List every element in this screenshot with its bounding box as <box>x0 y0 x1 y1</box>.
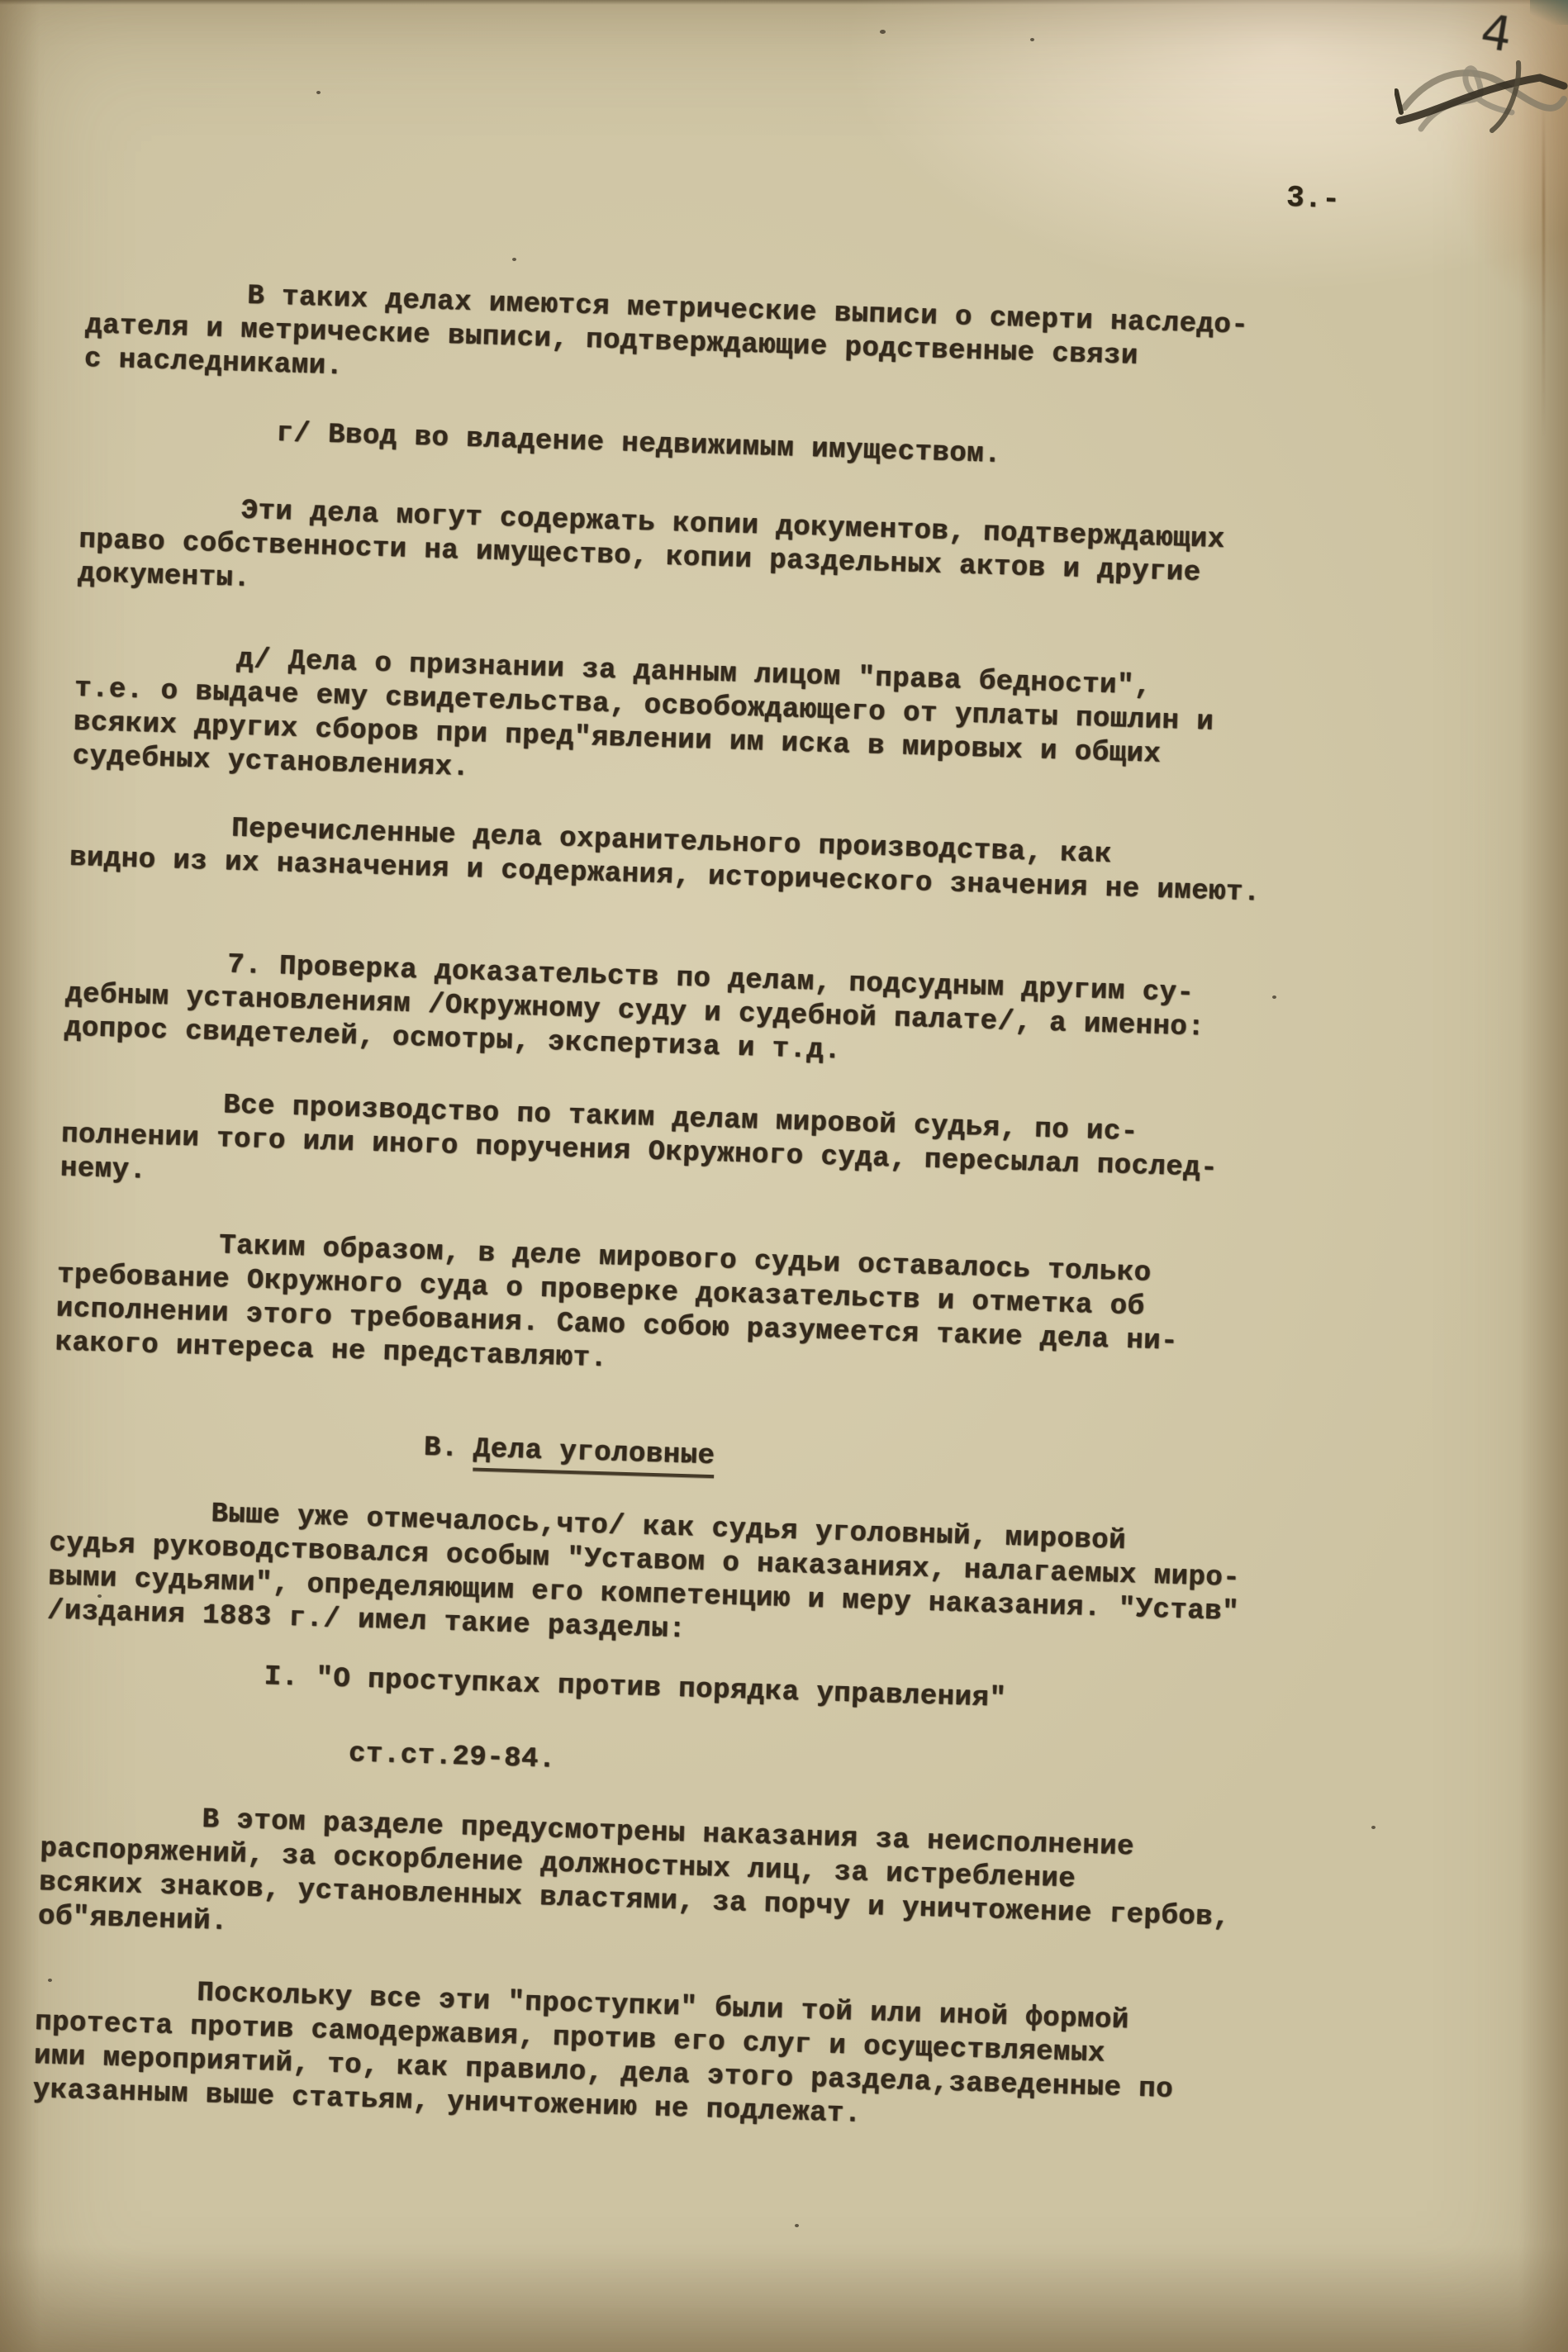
statute-reference: ст.ст.29-84. <box>43 1728 1398 1803</box>
paragraph-section-penalties: В этом разделе предусмотрены наказания з… <box>37 1798 1395 1974</box>
paper-speck <box>316 91 321 94</box>
paragraph-criminal-statute: Выше уже отмечалось,что/ как судья уголо… <box>46 1493 1404 1669</box>
numbered-section-title: I. "О проступках против порядка управлен… <box>45 1654 1399 1728</box>
page-number: 3.- <box>1285 181 1340 216</box>
list-item-g: г/ Ввод во владение недвижимым имущество… <box>82 411 1437 486</box>
paper-speck <box>512 258 516 261</box>
paper-speck <box>795 2224 799 2227</box>
typewritten-text: В таких делах имеются метрические выписи… <box>32 275 1441 2148</box>
paragraph-forwarded-to-court: Все производство по таким делам мировой … <box>59 1085 1417 1227</box>
paper-speck <box>880 30 886 34</box>
paragraph-no-historic-value: Перечисленные дела охранительного произв… <box>69 808 1425 916</box>
pencil-scribble <box>1395 48 1568 159</box>
section-heading-criminal-cases: В.Дела уголовные <box>52 1418 1408 1496</box>
paper-speck <box>1030 38 1034 41</box>
paragraph-property-copies: Эти дела могут содержать копии документо… <box>78 490 1435 632</box>
paragraph-no-interest: Таким образом, в деле мирового судьи ост… <box>55 1224 1413 1400</box>
paragraph-poverty-right: д/ Дела о признании за данным лицом "пра… <box>72 639 1430 815</box>
section-title: Дела уголовные <box>473 1434 715 1479</box>
section-letter: В. <box>423 1433 459 1465</box>
scan-corner-shadow <box>1530 0 1568 25</box>
paragraph-evidence-check: 7. Проверка доказательств по делам, подс… <box>64 944 1421 1086</box>
